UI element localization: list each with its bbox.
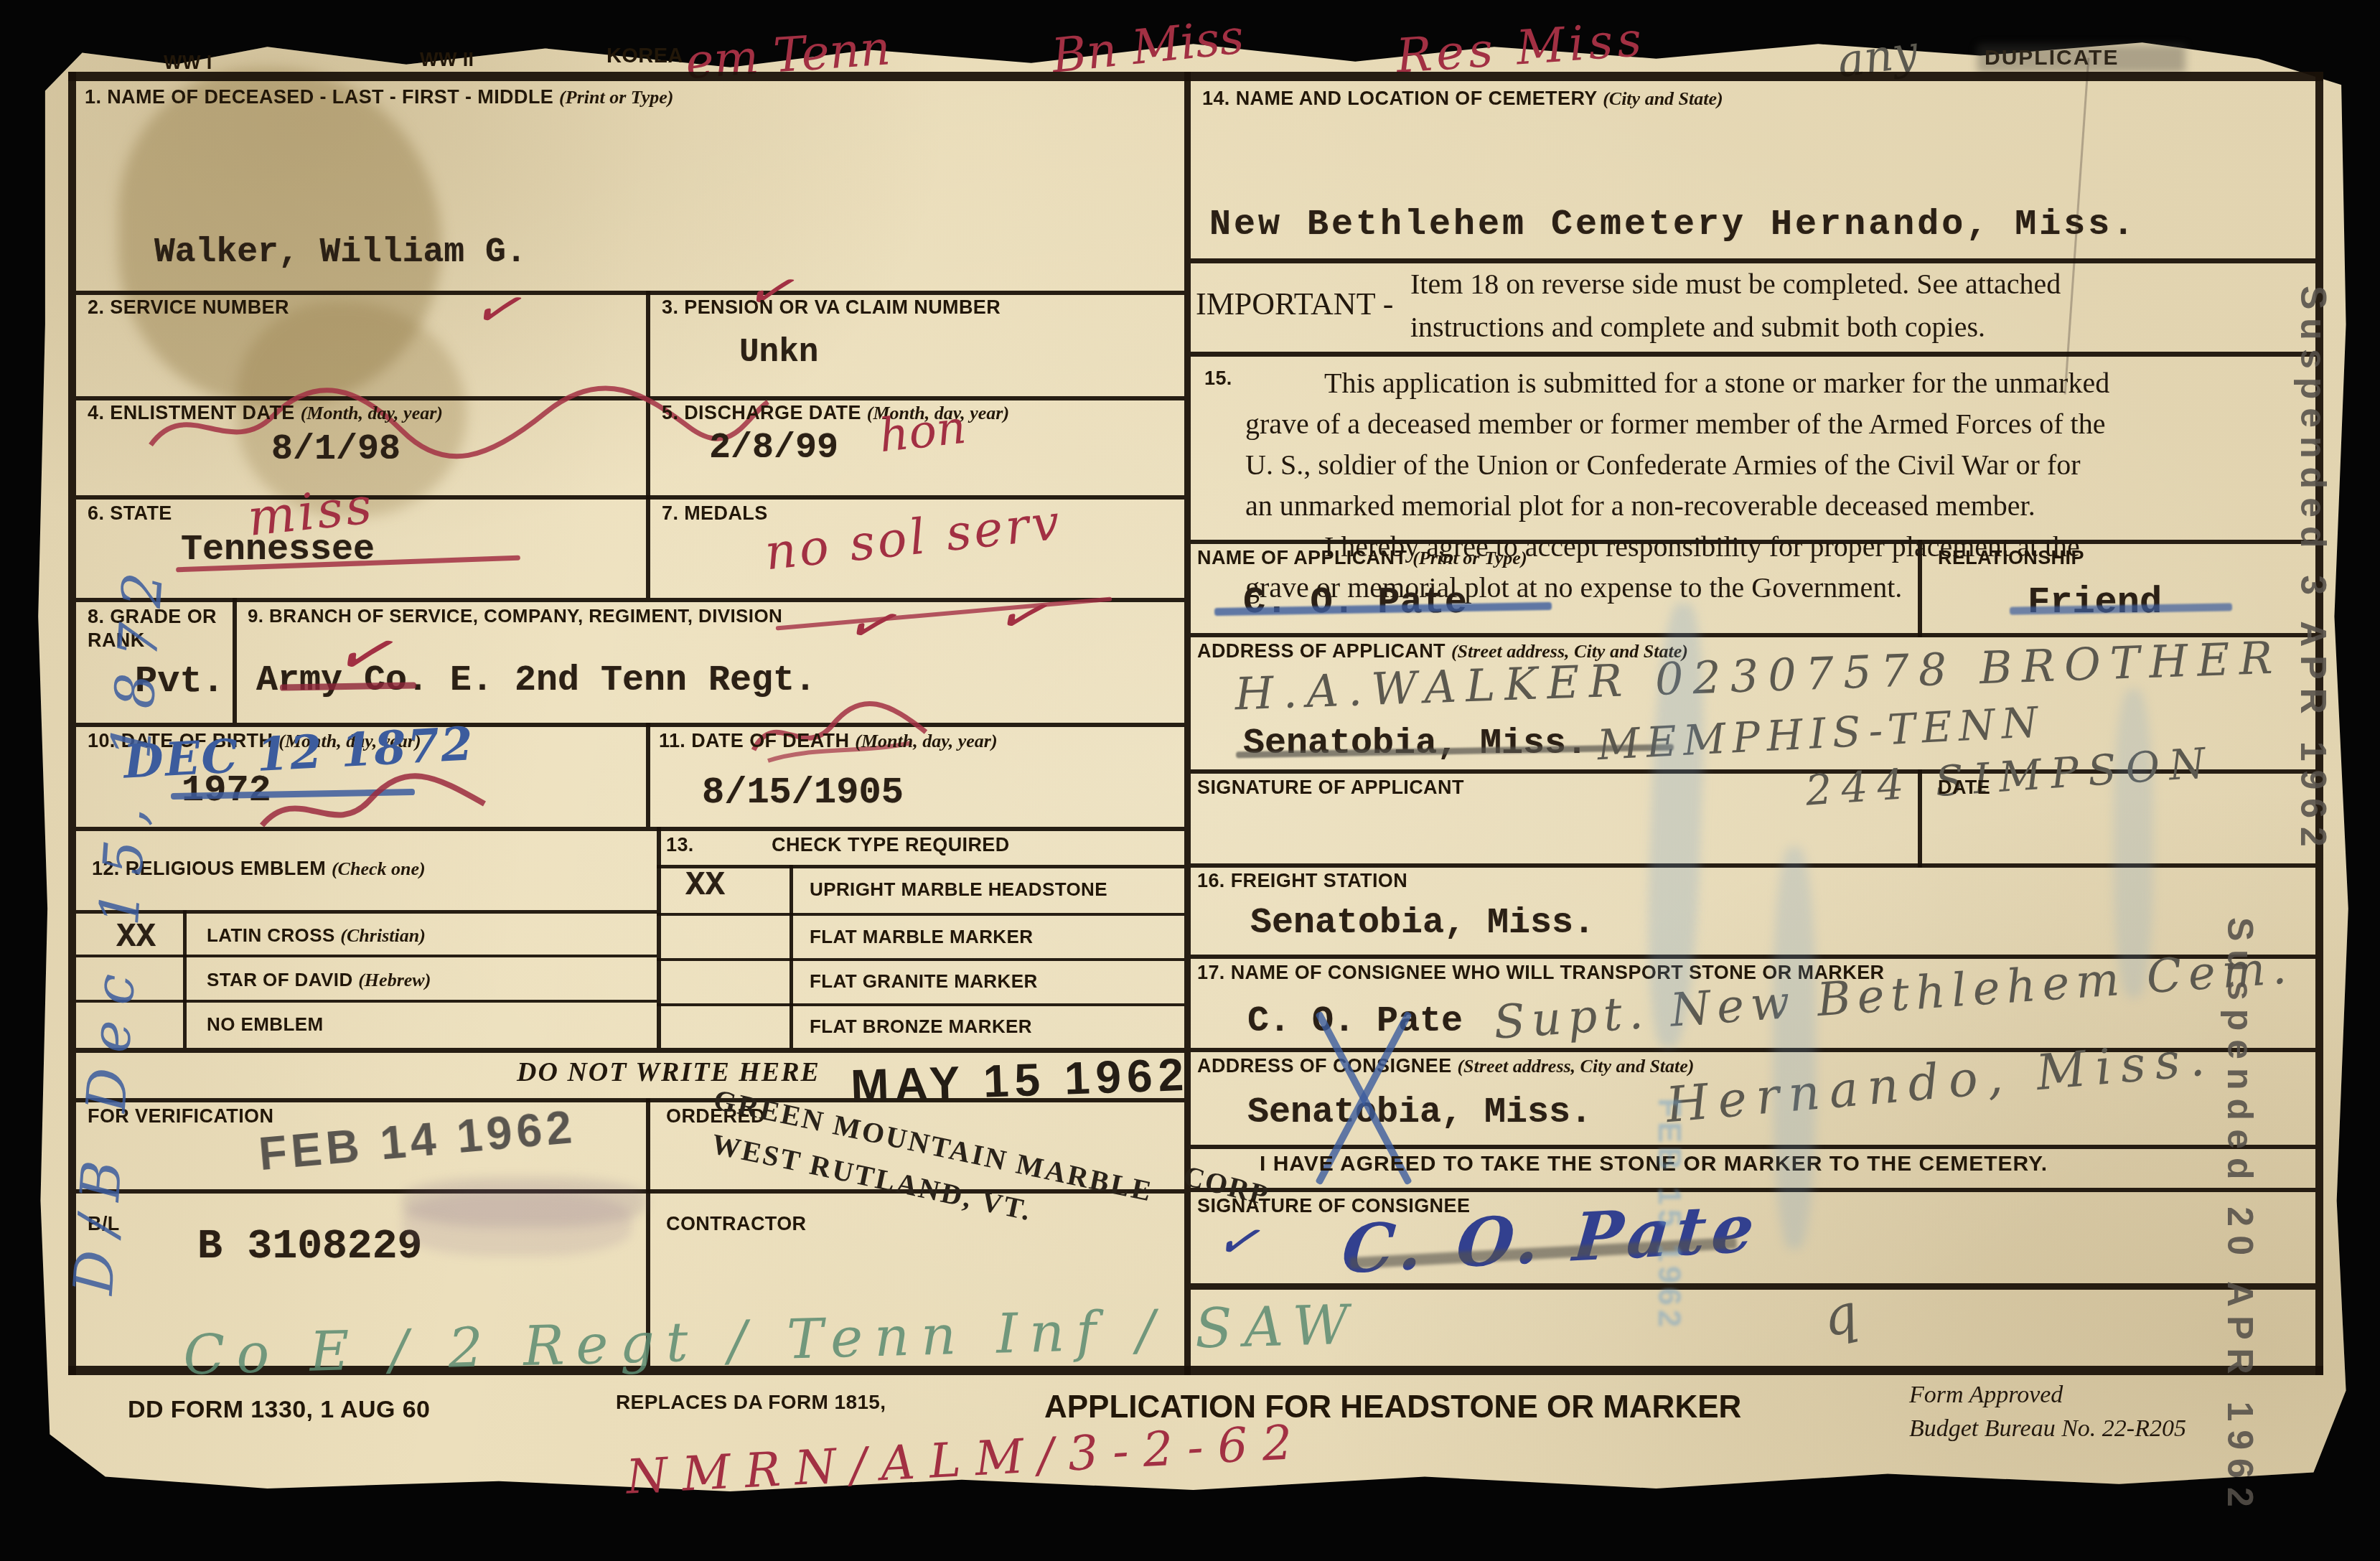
- field13-option-flat-granite: FLAT GRANITE MARKER: [810, 970, 1038, 993]
- grid-line: [657, 913, 1184, 916]
- field13-option-flat-bronze: FLAT BRONZE MARKER: [810, 1016, 1032, 1038]
- faint-stamp-smudge: [402, 1191, 632, 1256]
- signature-applicant-label: SIGNATURE OF APPLICANT: [1197, 777, 1464, 799]
- grid-line: [76, 1000, 657, 1003]
- field15-line: U. S., soldier of the Union or Confedera…: [1245, 444, 2300, 485]
- grid-line: [657, 1003, 1184, 1006]
- consignee-address-value: Senatobia, Miss.: [1247, 1092, 1592, 1133]
- field4-label: 4. ENLISTMENT DATE (Month, day, year): [88, 402, 443, 424]
- field1-label-text: 1. NAME OF DECEASED - LAST - FIRST - MID…: [85, 86, 553, 108]
- war-label-ww1: WW I: [164, 52, 212, 74]
- option-label: LATIN CROSS: [207, 924, 335, 946]
- bl-value: B 3108229: [197, 1224, 422, 1270]
- field15-line: an unmarked memorial plot for a non-reco…: [1245, 485, 2300, 526]
- field13-number: 13.: [666, 834, 694, 856]
- footer-approved-1: Form Approved: [1909, 1382, 2063, 1409]
- grid-line: [1191, 1145, 2315, 1149]
- contractor-label: CONTRACTOR: [666, 1213, 807, 1235]
- grid-line: [1191, 352, 2315, 357]
- grid-line: [68, 72, 2323, 81]
- field3-value: Unkn: [739, 334, 818, 371]
- field16-label: 16. FREIGHT STATION: [1197, 870, 1407, 892]
- field13-label: CHECK TYPE REQUIRED: [772, 834, 1010, 856]
- footer-approved-2: Budget Bureau No. 22-R205: [1909, 1415, 2186, 1443]
- applicant-label-text: NAME OF APPLICANT: [1197, 547, 1407, 568]
- footer-title: APPLICATION FOR HEADSTONE OR MARKER: [1044, 1389, 1741, 1425]
- field1-label: 1. NAME OF DECEASED - LAST - FIRST - MID…: [85, 86, 673, 108]
- red-scribble: [255, 761, 492, 847]
- grid-line: [76, 827, 1184, 831]
- important-label: IMPORTANT -: [1196, 286, 1393, 322]
- field15-line: This application is submitted for a ston…: [1245, 362, 2300, 403]
- important-line2: instructions and complete and submit bot…: [1410, 310, 1985, 344]
- grid-line: [646, 723, 650, 827]
- option-label: NO EMBLEM: [207, 1013, 323, 1035]
- option-paren: (Christian): [340, 925, 426, 946]
- applicant-address-value: Senatobia, Miss.: [1243, 723, 1588, 764]
- relationship-label: RELATIONSHIP: [1938, 547, 2084, 569]
- faint-blue-stamp: [1773, 847, 1816, 1249]
- do-not-write-label: DO NOT WRITE HERE: [517, 1056, 820, 1088]
- field3-label: 3. PENSION OR VA CLAIM NUMBER: [662, 296, 1001, 319]
- grid-line: [183, 910, 187, 1048]
- field4-value: 8/1/98: [271, 429, 400, 470]
- field14-label-text: 14. NAME AND LOCATION OF CEMETERY: [1202, 88, 1597, 109]
- field5-red-annotation: hon: [876, 401, 968, 463]
- field1-value: Walker, William G.: [154, 233, 526, 272]
- field13-option-upright: UPRIGHT MARBLE HEADSTONE: [810, 878, 1107, 901]
- applicant-label-paren: (Print or Type): [1412, 548, 1527, 568]
- suspended-stamp-1: Suspended 3 APR 1962: [2292, 286, 2334, 855]
- grid-line: [76, 910, 657, 914]
- field7-label: 7. MEDALS: [662, 502, 768, 525]
- applicant-label: NAME OF APPLICANT (Print or Type): [1197, 547, 1527, 569]
- footer-form-id: DD FORM 1330, 1 AUG 60: [128, 1396, 430, 1424]
- field5-label-text: 5. DISCHARGE DATE: [662, 402, 861, 423]
- grid-line: [657, 827, 661, 1048]
- consignee-address-label-text: ADDRESS OF CONSIGNEE: [1197, 1055, 1452, 1077]
- grid-line: [657, 958, 1184, 961]
- consignee-address-label: ADDRESS OF CONSIGNEE (Street address, Ci…: [1197, 1055, 1695, 1077]
- field9-label: 9. BRANCH OF SERVICE, COMPANY, REGIMENT,…: [248, 605, 782, 627]
- field11-label-text: 11. DATE OF DEATH: [659, 730, 849, 751]
- field12-label-paren: (Check one): [332, 858, 426, 879]
- field12-option-no-emblem: NO EMBLEM: [207, 1013, 323, 1036]
- field4-label-text: 4. ENLISTMENT DATE: [88, 402, 295, 423]
- grid-line: [76, 955, 657, 957]
- grid-line: [76, 1048, 1184, 1053]
- applicant-address-label-text: ADDRESS OF APPLICANT: [1197, 640, 1446, 662]
- field2-label: 2. SERVICE NUMBER: [88, 296, 289, 319]
- field13-check: XX: [685, 867, 725, 904]
- field11-label: 11. DATE OF DEATH (Month, day, year): [659, 730, 998, 752]
- grid-line: [76, 723, 1184, 727]
- war-label-ww2: WW II: [420, 49, 474, 71]
- faint-blue-stamp-text: FEB 15 1962: [1651, 1098, 1687, 1331]
- consignee-address-label-paren: (Street address, City and State): [1457, 1056, 1694, 1077]
- field9-value: Army Co. E. 2nd Tenn Regt.: [256, 660, 816, 701]
- field4-label-paren: (Month, day, year): [301, 403, 443, 423]
- field14-label: 14. NAME AND LOCATION OF CEMETERY (City …: [1202, 88, 1723, 110]
- field5-value: 2/8/99: [709, 428, 838, 469]
- field15-line: grave of a deceased member or former mem…: [1245, 403, 2300, 444]
- field12-option-latin-cross: LATIN CROSS (Christian): [207, 924, 426, 947]
- field16-value: Senatobia, Miss.: [1250, 903, 1595, 944]
- grid-line: [1191, 258, 2315, 263]
- field1-label-paren: (Print or Type): [559, 87, 673, 108]
- footer-replaces: REPLACES DA FORM 1815,: [616, 1391, 886, 1414]
- option-label: STAR OF DAVID: [207, 969, 353, 990]
- important-line1: Item 18 on reverse side must be complete…: [1410, 267, 2061, 301]
- suspended-stamp-2: Suspended 20 APR 1962: [2219, 917, 2261, 1516]
- war-label-korea: KOREA: [606, 44, 683, 68]
- pencil-smudge: [1977, 44, 2185, 73]
- faint-blue-stamp: [2114, 689, 2153, 998]
- field17-value: C. O. Pate: [1247, 1001, 1463, 1042]
- relationship-value: Friend: [2028, 581, 2162, 624]
- field12-option-star-of-david: STAR OF DAVID (Hebrew): [207, 969, 431, 991]
- field14-label-paren: (City and State): [1603, 88, 1723, 109]
- grid-line: [790, 865, 793, 1048]
- option-paren: (Hebrew): [358, 970, 431, 990]
- field6-label: 6. STATE: [88, 502, 172, 525]
- grid-line: [76, 291, 1184, 295]
- date-label: DATE: [1938, 777, 1990, 799]
- field11-value: 8/15/1905: [702, 772, 904, 814]
- field13-option-flat-marble: FLAT MARBLE MARKER: [810, 926, 1033, 948]
- applicant-value: C. O. Pate: [1243, 581, 1467, 624]
- field14-value: New Bethlehem Cemetery Hernando, Miss.: [1209, 205, 2137, 245]
- grid-line: [657, 865, 1184, 868]
- scanned-document: WW I WW II KOREA em Tenn Bn Miss Res Mis…: [0, 0, 2380, 1561]
- field15-paragraph: This application is submitted for a ston…: [1245, 362, 2300, 608]
- field11-label-paren: (Month, day, year): [855, 731, 997, 751]
- field15-number: 15.: [1204, 367, 1232, 390]
- grid-line: [233, 598, 237, 723]
